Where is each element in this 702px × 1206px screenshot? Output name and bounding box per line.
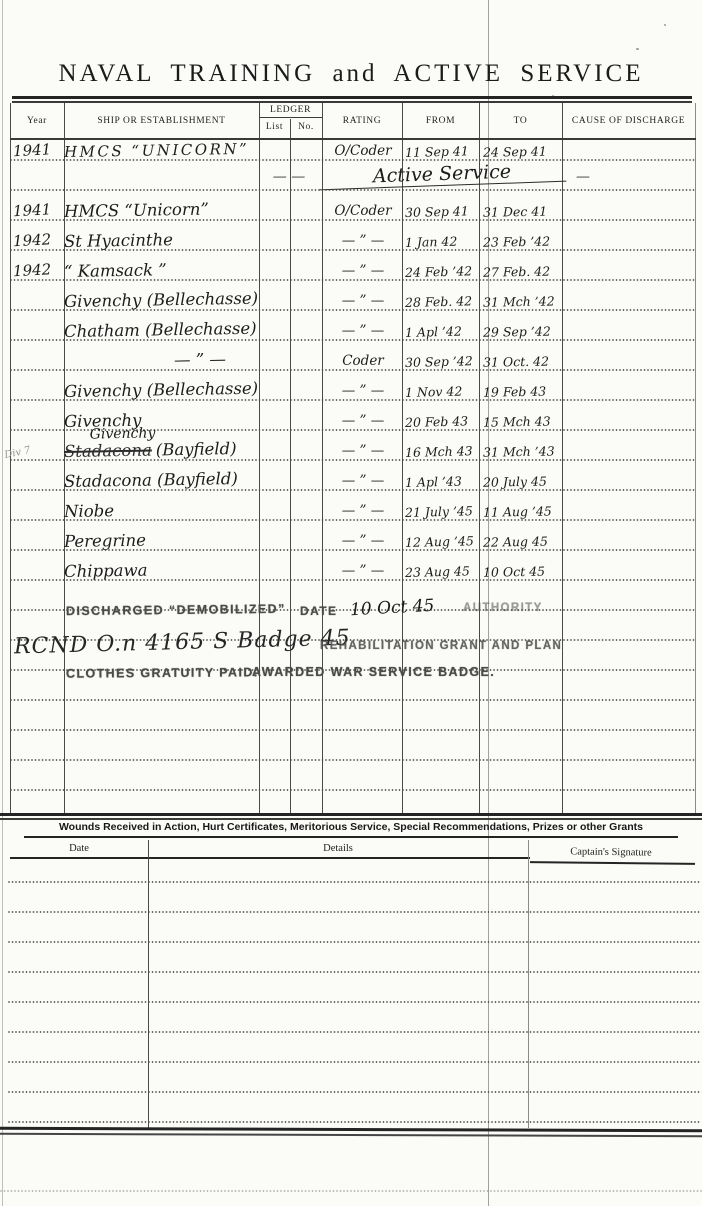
table-row: Div 7 GivenchyStadacona(Bayfield) — ” — … (0, 431, 702, 461)
ship-name: St Hyacinthe (64, 228, 299, 251)
ship-struck-text: Stadacona (64, 441, 152, 462)
rating-value: — ” — (323, 503, 403, 519)
ship-text: — ” — (174, 350, 226, 370)
from-date: 23 Aug 45 (405, 563, 481, 580)
to-date: 31 Mch ’42 (483, 293, 567, 309)
column-header-ship: SHIP OR ESTABLISHMENT (64, 116, 259, 126)
date-label-stamp: DATE (300, 604, 337, 618)
ship-correction: Givenchy (90, 425, 156, 442)
year-value: 1941 (13, 140, 64, 161)
scan-speck (664, 24, 666, 26)
column-header-rating: RATING (322, 116, 402, 126)
from-date: 1 Nov 42 (405, 383, 481, 400)
from-date: 30 Sep ’42 (405, 353, 481, 370)
ship-text: Chatham (Bellechasse) (64, 319, 257, 341)
to-date: 15 Mch 43 (483, 413, 567, 429)
authority-stamp: AUTHORITY (463, 602, 543, 614)
bottom-table-rows (0, 853, 702, 1123)
ship-text: HMCS “UNICORN” (64, 140, 249, 161)
table-row: Givenchy (Bellechasse) — ” — 28 Feb. 42 … (0, 281, 702, 311)
to-date: 27 Feb. 42 (483, 263, 567, 279)
from-date: 1 Apl ’42 (405, 323, 481, 340)
empty-row (0, 913, 702, 943)
empty-row (0, 883, 702, 913)
scan-edge-line (0, 1190, 702, 1192)
to-date: 31 Oct. 42 (483, 353, 567, 369)
from-date: 28 Feb. 42 (405, 293, 481, 310)
ship-name: Chatham (Bellechasse) (64, 318, 299, 341)
table-row (0, 731, 702, 761)
rehabilitation-stamp: REHABILITATION GRANT AND PLAN (320, 640, 562, 652)
rating-value: — ” — (323, 263, 403, 279)
to-date: 22 Aug 45 (483, 533, 567, 549)
rating-value: — ” — (323, 473, 403, 489)
ship-name (64, 787, 299, 791)
section-rule-bottom (0, 818, 702, 820)
table-row (0, 761, 702, 791)
wounds-section-caption: Wounds Received in Action, Hurt Certific… (0, 821, 702, 833)
discharged-stamp: DISCHARGED “DEMOBILIZED” (66, 602, 286, 618)
year-value: 1942 (13, 230, 64, 251)
rating-value: — ” — (323, 413, 403, 429)
empty-row (0, 973, 702, 1003)
ship-name: Givenchy (Bellechasse) (64, 378, 299, 401)
column-header-ledger: LEDGER (259, 105, 322, 115)
to-date: 24 Sep 41 (483, 143, 567, 159)
from-date: 12 Aug ’45 (405, 533, 481, 550)
table-row: Givenchy (Bellechasse) — ” — 1 Nov 42 19… (0, 371, 702, 401)
rating-value: Coder (323, 353, 403, 369)
rating-value: — ” — (323, 563, 403, 579)
rating-value: O/Coder (323, 203, 403, 219)
column-header-cause: CAUSE OF DISCHARGE (562, 116, 695, 126)
year-value: 1942 (13, 260, 64, 281)
table-row: Chippawa — ” — 23 Aug 45 10 Oct 45 (0, 551, 702, 581)
table-row: — — Active Service — (0, 161, 702, 191)
rating-value: O/Coder (323, 143, 403, 159)
empty-row (0, 853, 702, 883)
to-date: 19 Feb 43 (483, 383, 567, 399)
table-row: 1942 St Hyacinthe — ” — 1 Jan 42 23 Feb … (0, 221, 702, 251)
ship-text: (Bayfield) (156, 439, 237, 459)
column-header-from: FROM (402, 116, 479, 126)
empty-row (0, 1003, 702, 1033)
from-date: 1 Jan 42 (405, 233, 481, 250)
ship-text: Peregrine (64, 531, 146, 551)
rating-value: — ” — (323, 293, 403, 309)
table-row: Chatham (Bellechasse) — ” — 1 Apl ’42 29… (0, 311, 702, 341)
column-header-to: TO (479, 116, 562, 126)
title-rule-top (12, 96, 692, 99)
bottom-rule-lower (0, 1133, 702, 1137)
ship-name: HMCS “Unicorn” (64, 198, 299, 221)
ship-name: “ Kamsack ” (64, 258, 299, 281)
from-date: 16 Mch 43 (405, 443, 481, 460)
ship-text: St Hyacinthe (64, 230, 173, 251)
empty-row (0, 1033, 702, 1063)
empty-row (0, 943, 702, 973)
bottom-rule-top (0, 1127, 702, 1132)
to-date: 29 Sep ’42 (483, 323, 567, 339)
table-row: Peregrine — ” — 12 Aug ’45 22 Aug 45 (0, 521, 702, 551)
ship-text: Givenchy (Bellechasse) (64, 289, 258, 311)
table-row: Stadacona (Bayfield) — ” — 1 Apl ’43 20 … (0, 461, 702, 491)
column-header-year: Year (10, 116, 64, 126)
table-row: — ” — Coder 30 Sep ’42 31 Oct. 42 (0, 341, 702, 371)
caption-underline (24, 836, 678, 838)
to-date: 31 Mch ’43 (483, 443, 567, 459)
table-row: 1942 “ Kamsack ” — ” — 24 Feb ’42 27 Feb… (0, 251, 702, 281)
ship-text: HMCS “Unicorn” (64, 200, 209, 222)
active-service-note: Active Service (318, 159, 567, 191)
table-row: 1941 HMCS “Unicorn” O/Coder 30 Sep 41 31… (0, 191, 702, 221)
from-date: 1 Apl ’43 (405, 473, 481, 490)
to-date: 10 Oct 45 (483, 563, 567, 579)
ship-name: Stadacona (Bayfield) (64, 468, 299, 491)
scanned-service-record-page: NAVAL TRAINING and ACTIVE SERVICE Year S… (0, 0, 702, 1206)
to-date: 11 Aug ’45 (483, 503, 567, 519)
ship-text: “ Kamsack ” (64, 260, 167, 281)
table-row: Niobe — ” — 21 July ’45 11 Aug ’45 (0, 491, 702, 521)
ship-name: Niobe (64, 498, 299, 521)
ship-text: Chippawa (64, 561, 148, 581)
ship-text: Stadacona (Bayfield) (64, 469, 238, 491)
ship-text: Givenchy (Bellechasse) (64, 379, 258, 401)
rating-value: — ” — (323, 323, 403, 339)
table-row (0, 701, 702, 731)
to-date: 23 Feb ’42 (483, 233, 567, 249)
empty-row (0, 1063, 702, 1093)
ship-name: HMCS “UNICORN” (64, 139, 299, 161)
ship-name: Chippawa (64, 558, 299, 581)
rating-value: — ” — (323, 443, 403, 459)
ledger-mark: — — (252, 169, 326, 185)
to-date: 31 Dec 41 (483, 203, 567, 219)
rating-value: — ” — (323, 533, 403, 549)
table-row: 1941 HMCS “UNICORN” O/Coder 11 Sep 41 24… (0, 131, 702, 161)
from-date: 30 Sep 41 (405, 203, 481, 220)
trailing-dash: — (576, 169, 616, 185)
section-rule-top (0, 813, 702, 816)
page-title: NAVAL TRAINING and ACTIVE SERVICE (0, 60, 702, 88)
main-table-rows: 1941 HMCS “UNICORN” O/Coder 11 Sep 41 24… (0, 131, 702, 791)
title-rule-bottom (12, 101, 692, 103)
from-date: 20 Feb 43 (405, 413, 481, 430)
from-date: 11 Sep 41 (405, 143, 481, 160)
ship-text: Niobe (64, 501, 114, 521)
ship-name: Peregrine (64, 528, 299, 551)
from-date: 24 Feb ’42 (405, 263, 481, 280)
ship-name: Givenchy (Bellechasse) (64, 288, 299, 311)
rating-value: — ” — (323, 233, 403, 249)
empty-row (0, 1093, 702, 1123)
ledger-underline (259, 117, 322, 118)
scan-speck (636, 48, 639, 50)
ship-name: — ” — (140, 349, 260, 370)
to-date: 20 July 45 (483, 473, 567, 489)
clothes-gratuity-stamp: CLOTHES GRATUITY PAID. (66, 665, 259, 680)
rating-value: — ” — (323, 383, 403, 399)
from-date: 21 July ’45 (405, 503, 481, 520)
year-value: 1941 (13, 200, 64, 221)
margin-note: Div 7 (4, 438, 65, 461)
ship-name: GivenchyStadacona(Bayfield) (64, 438, 299, 461)
war-service-badge-stamp: AWARDED WAR SERVICE BADGE. (252, 665, 495, 679)
